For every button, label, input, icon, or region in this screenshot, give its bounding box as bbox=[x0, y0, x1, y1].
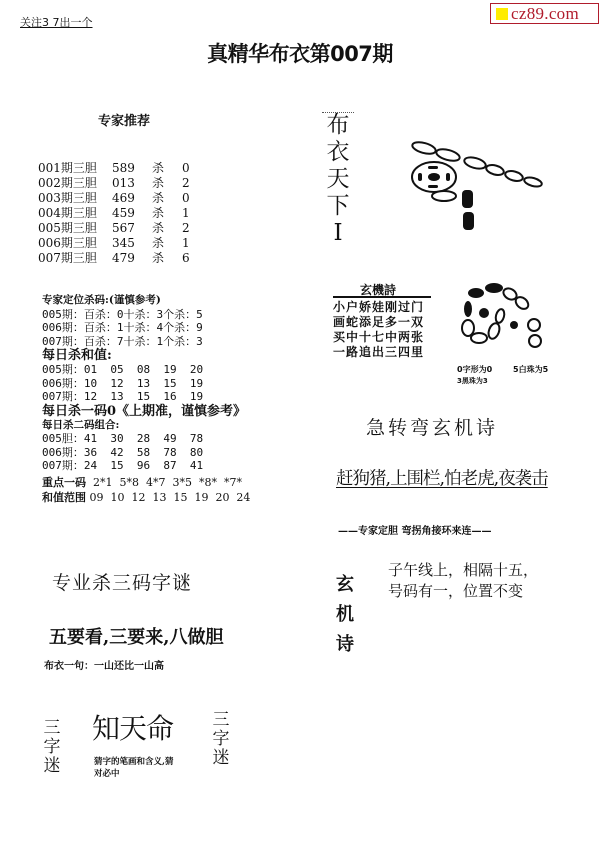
xuanjishi-vertical: 玄 机 诗 bbox=[334, 570, 356, 660]
kill-label: 杀 bbox=[152, 176, 182, 191]
position-kill-row: 007期：百杀：7十杀：1个杀：3 bbox=[42, 335, 250, 349]
char: 机 bbox=[334, 600, 356, 630]
numbers: 013 bbox=[112, 176, 152, 191]
sum-range-label: 和值范围 bbox=[42, 491, 86, 504]
list-item: 002期三胆013杀2 bbox=[38, 176, 190, 191]
kill-label: 杀 bbox=[152, 191, 182, 206]
focus-note: 关注3 7出一个 bbox=[20, 14, 93, 30]
char: 字 bbox=[211, 730, 231, 749]
period: 007期三胆 bbox=[38, 251, 112, 266]
numbers: 469 bbox=[112, 191, 152, 206]
buyi-line: 布衣一句：一山还比一山高 bbox=[44, 657, 164, 672]
poem-line: 一路追出三四里 bbox=[333, 345, 424, 360]
left-vertical-label: 三 字 迷 bbox=[42, 719, 62, 776]
char: 三 bbox=[211, 711, 231, 730]
buyi-tianxia-vertical: 布 衣 天 下 I bbox=[323, 112, 353, 247]
zhitianming-title: 知天命 bbox=[92, 707, 173, 747]
numbers: 345 bbox=[112, 236, 152, 251]
period: 006期三胆 bbox=[38, 236, 112, 251]
numbers: 459 bbox=[112, 206, 152, 221]
char: 下 bbox=[323, 193, 353, 220]
char: I bbox=[323, 220, 353, 247]
char: 玄 bbox=[334, 570, 356, 600]
position-kill-heading: 专家定位杀码:(谨慎参考) bbox=[42, 294, 250, 308]
char: 迷 bbox=[42, 757, 62, 776]
sharp-turn-heading: 急转弯玄机诗 bbox=[366, 413, 498, 440]
key-code-values: 2*1 5*8 4*7 3*5 *8* *7* bbox=[93, 476, 242, 489]
kill-value: 2 bbox=[182, 176, 190, 191]
char: 字 bbox=[42, 738, 62, 757]
page-title: 真精华布衣第007期 bbox=[0, 38, 600, 68]
key-code-row: 重点一码 2*1 5*8 4*7 3*5 *8* *7* bbox=[42, 476, 250, 490]
riddle-heading: 专业杀三码字谜 bbox=[52, 568, 192, 595]
numbers: 479 bbox=[112, 251, 152, 266]
poem-underline bbox=[333, 296, 431, 298]
position-kill-block: 专家定位杀码:(谨慎参考) 005期：百杀：0十杀：3个杀：5 006期：百杀：… bbox=[42, 294, 250, 505]
kill-label: 杀 bbox=[152, 236, 182, 251]
list-item: 003期三胆469杀0 bbox=[38, 191, 190, 206]
right-vertical-label: 三 字 迷 bbox=[211, 711, 231, 768]
period: 001期三胆 bbox=[38, 161, 112, 176]
two-code-row: 005胆：41 30 28 49 78 bbox=[42, 432, 250, 446]
caption-five: 5白珠为5 bbox=[513, 364, 548, 375]
kill-value: 0 bbox=[182, 191, 190, 206]
poem-line: 买中十七中两张 bbox=[333, 330, 424, 345]
xuanjishi-line: 号码有一，位置不变 bbox=[388, 581, 538, 602]
list-item: 007期三胆479杀6 bbox=[38, 251, 190, 266]
two-code-heading: 每日杀二码组合: bbox=[42, 419, 250, 433]
position-kill-row: 005期：百杀：0十杀：3个杀：5 bbox=[42, 308, 250, 322]
two-code-row: 007期：24 15 96 87 41 bbox=[42, 459, 250, 473]
char: 天 bbox=[323, 166, 353, 193]
sum-kill-row: 006期：10 12 13 15 19 bbox=[42, 377, 250, 391]
watermark-text: cz89.com bbox=[511, 4, 579, 23]
char: 迷 bbox=[211, 749, 231, 768]
kill-value: 0 bbox=[182, 161, 190, 176]
position-kill-row: 006期：百杀：1十杀：4个杀：9 bbox=[42, 321, 250, 335]
riddle-text: 五要看,三要来,八做胆 bbox=[49, 623, 224, 649]
bead-ring-illustration bbox=[460, 283, 560, 363]
expert-banner: ——专家定胆 弯拐角接环来连—— bbox=[338, 522, 491, 537]
kill-value: 2 bbox=[182, 221, 190, 236]
expert-recommend-list: 001期三胆589杀0 002期三胆013杀2 003期三胆469杀0 004期… bbox=[38, 161, 190, 266]
expert-recommend-heading: 专家推荐 bbox=[98, 110, 150, 129]
kill-label: 杀 bbox=[152, 161, 182, 176]
char: 布 bbox=[323, 112, 353, 139]
numbers: 589 bbox=[112, 161, 152, 176]
yellow-square-icon bbox=[496, 8, 508, 20]
kill-label: 杀 bbox=[152, 221, 182, 236]
sum-kill-heading: 每日杀和值: bbox=[42, 348, 250, 363]
kill-label: 杀 bbox=[152, 206, 182, 221]
caption-zero: 0字形为0 bbox=[457, 364, 492, 375]
list-item: 006期三胆345杀1 bbox=[38, 236, 190, 251]
bead-chain-illustration bbox=[410, 140, 560, 240]
kill-label: 杀 bbox=[152, 251, 182, 266]
poem-line: 画蛇添足多一双 bbox=[333, 315, 424, 330]
char: 三 bbox=[42, 719, 62, 738]
poem-line: 小户娇娃刚过门 bbox=[333, 300, 424, 315]
char: 诗 bbox=[334, 630, 356, 660]
list-item: 004期三胆459杀1 bbox=[38, 206, 190, 221]
period: 002期三胆 bbox=[38, 176, 112, 191]
sharp-turn-line: 赶狗猪,上围栏,怕老虎,夜袭击 bbox=[336, 465, 548, 490]
sum-kill-row: 007期：12 13 15 16 19 bbox=[42, 390, 250, 404]
numbers: 567 bbox=[112, 221, 152, 236]
site-watermark-logo: cz89.com bbox=[490, 3, 599, 24]
one-code-heading: 每日杀一码0《上期准，谨慎参考》 bbox=[42, 404, 250, 419]
char: 衣 bbox=[323, 139, 353, 166]
kill-value: 1 bbox=[182, 206, 190, 221]
period: 004期三胆 bbox=[38, 206, 112, 221]
xuanjishi-line: 子午线上，相隔十五， bbox=[388, 560, 538, 581]
sum-kill-row: 005期：01 05 08 19 20 bbox=[42, 363, 250, 377]
caption-three: 3黑珠为3 bbox=[457, 376, 488, 386]
list-item: 001期三胆589杀0 bbox=[38, 161, 190, 176]
period: 003期三胆 bbox=[38, 191, 112, 206]
period: 005期三胆 bbox=[38, 221, 112, 236]
list-item: 005期三胆567杀2 bbox=[38, 221, 190, 236]
key-code-label: 重点一码 bbox=[42, 476, 86, 489]
mystic-poem: 小户娇娃刚过门 画蛇添足多一双 买中十七中两张 一路追出三四里 bbox=[333, 300, 424, 360]
sum-range-row: 和值范围 09 10 12 13 15 19 20 24 bbox=[42, 491, 250, 505]
kill-value: 6 bbox=[182, 251, 190, 266]
zhitianming-subtitle: 猜字的笔画和含义,猜对必中 bbox=[94, 756, 180, 780]
two-code-row: 006期：36 42 58 78 80 bbox=[42, 446, 250, 460]
sum-range-values: 09 10 12 13 15 19 20 24 bbox=[90, 491, 251, 504]
xuanjishi-text: 子午线上，相隔十五， 号码有一，位置不变 bbox=[388, 560, 538, 602]
kill-value: 1 bbox=[182, 236, 190, 251]
